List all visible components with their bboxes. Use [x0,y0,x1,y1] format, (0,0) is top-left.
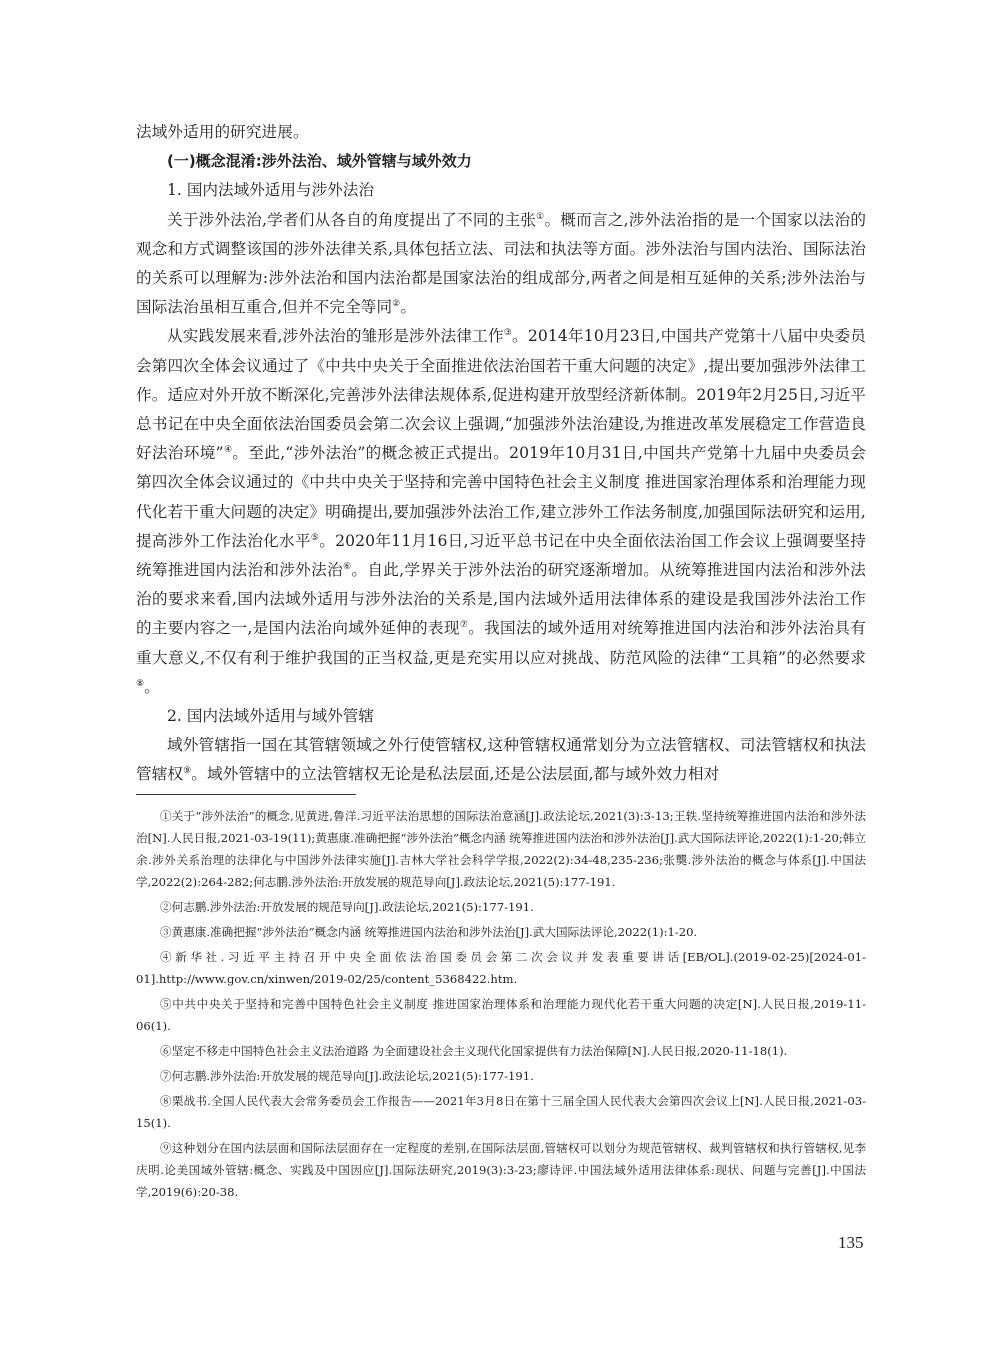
continuation-text: 法域外适用的研究进展。 [136,118,866,147]
footnote-9: ⑨这种划分在国内法层面和国际法层面存在一定程度的差别,在国际法层面,管辖权可以划… [136,1137,866,1203]
subsection-heading-2: 2. 国内法域外适用与域外管辖 [136,702,866,731]
footnote-1: ①关于“涉外法治”的概念,见黄进,鲁洋.习近平法治思想的国际法治意涵[J].政法… [136,805,866,893]
footnote-ref-5[interactable]: ⑤ [311,533,319,543]
paragraph-3: 域外管辖指一国在其管辖领域之外行使管辖权,这种管辖权通常划分为立法管辖权、司法管… [136,731,866,789]
page-body: 法域外适用的研究进展。 (一)概念混淆:涉外法治、域外管辖与域外效力 1. 国内… [136,118,866,1206]
footnote-6: ⑥坚定不移走中国特色社会主义法治道路 为全面建设社会主义现代化国家提供有力法治保… [136,1040,866,1062]
footnote-5: ⑤中共中央关于坚持和完善中国特色社会主义制度 推进国家治理体系和治理能力现代化若… [136,993,866,1037]
subsection-heading-1: 1. 国内法域外适用与涉外法治 [136,176,866,205]
footnote-3: ③黄惠康.准确把握“涉外法治”概念内涵 统筹推进国内法治和涉外法治[J].武大国… [136,921,866,943]
section-heading: (一)概念混淆:涉外法治、域外管辖与域外效力 [136,147,866,176]
footnote-8: ⑧栗战书.全国人民代表大会常务委员会工作报告——2021年3月8日在第十三届全国… [136,1090,866,1134]
footnote-2: ②何志鹏.涉外法治:开放发展的规范导向[J].政法论坛,2021(5):177-… [136,896,866,918]
paragraph-1: 关于涉外法治,学者们从各自的角度提出了不同的主张①。概而言之,涉外法治指的是一个… [136,206,866,323]
footnote-4: ④新华社.习近平主持召开中央全面依法治国委员会第二次会议并发表重要讲话[EB/O… [136,946,866,990]
paragraph-2: 从实践发展来看,涉外法治的雏形是涉外法律工作③。2014年10月23日,中国共产… [136,322,866,702]
page-number: 135 [838,1233,864,1253]
footnote-7: ⑦何志鹏.涉外法治:开放发展的规范导向[J].政法论坛,2021(5):177-… [136,1065,866,1087]
footnote-ref-7[interactable]: ⑦ [460,620,468,630]
footnote-divider [136,794,356,795]
footnote-ref-3[interactable]: ③ [504,328,512,338]
footnote-ref-8[interactable]: ⑧ [136,679,144,689]
footnotes: ①关于“涉外法治”的概念,见黄进,鲁洋.习近平法治思想的国际法治意涵[J].政法… [136,805,866,1203]
